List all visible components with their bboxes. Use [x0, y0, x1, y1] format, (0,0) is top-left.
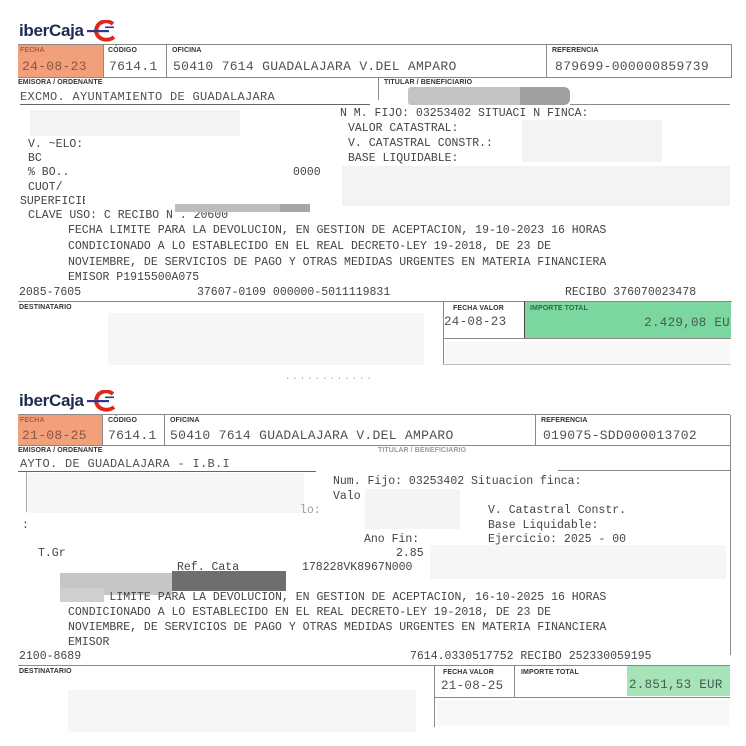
detail-right-1-2: Valo	[333, 489, 361, 504]
detail-right2-1: Base Liquidable:	[488, 518, 598, 533]
detail-right-0: N M. FIJO: 03253402 SITUACI N FINCA:	[340, 106, 588, 121]
importe-total-value: 2.429,08 EU	[644, 316, 730, 330]
detail-left-2-2: Ano Fin:	[364, 532, 419, 547]
destinatario-label: DESTINATARIO	[19, 304, 72, 311]
fecha-valor-value-2: 21-08-25	[441, 679, 503, 693]
detail-left-3: CUOT/	[28, 180, 63, 195]
footer-recibo: RECIBO 376070023478	[565, 285, 696, 300]
referencia-value-2: 019075-SDD000013702	[543, 428, 697, 443]
ano-fin-value: 2.85	[396, 546, 424, 561]
redacted-valor	[365, 489, 460, 529]
fecha-valor-value: 24-08-23	[444, 315, 506, 329]
destinatario-label-2: DESTINATARIO	[19, 668, 72, 675]
redacted-bar-dark-2	[172, 571, 286, 591]
notice-line-2-2: NOVIEMBRE, DE SERVICIOS DE PAGO Y OTRAS …	[68, 620, 606, 635]
detail-left-2: % BO..	[28, 165, 69, 180]
euro-swoosh-icon	[87, 20, 117, 42]
footer-recibo-2: 7614.0330517752 RECIBO 252330059195	[410, 649, 652, 664]
detail-left-0: V. ~ELO:	[28, 137, 83, 152]
emisora-value: EXCMO. AYUNTAMIENTO DE GUADALAJARA	[20, 90, 275, 104]
redacted-left	[85, 150, 295, 205]
detail-right2-0: V. Catastral Constr.	[488, 503, 626, 518]
codigo-value-2: 7614.1	[108, 428, 157, 443]
redacted-importe-extra-2	[437, 700, 729, 726]
titular-label: TITULAR / BENEFICIARIO	[384, 79, 472, 86]
fecha-value: 24-08-23	[22, 59, 87, 74]
importe-total-label-2: IMPORTE TOTAL	[521, 669, 579, 676]
ibercaja-logo-2: iberCaja	[19, 390, 117, 412]
fecha-label: FECHA	[20, 47, 45, 54]
euro-swoosh-icon	[87, 390, 117, 412]
codigo-label-2: CÓDIGO	[108, 417, 137, 424]
redacted-block	[30, 110, 240, 136]
codigo-value: 7614.1	[109, 59, 158, 74]
redacted-titular-dark	[520, 87, 570, 105]
oficina-label: OFICINA	[172, 47, 201, 54]
redacted-address	[342, 166, 730, 206]
detail-right-2: V. CATASTRAL CONSTR.:	[348, 136, 493, 151]
detail-right-3: BASE LIQUIDABLE:	[348, 151, 458, 166]
redacted-values	[522, 120, 662, 162]
importe-total-value-2: 2.851,53 EUR	[629, 678, 723, 692]
detail-left-1-2: :	[22, 518, 29, 533]
notice-line-1: CONDICIONADO A LO ESTABLECIDO EN EL REAL…	[68, 239, 551, 254]
brand-name: iberCaja	[19, 391, 84, 411]
importe-total-label: IMPORTE TOTAL	[530, 305, 588, 312]
codigo-label: CÓDIGO	[108, 47, 137, 54]
referencia-value: 879699-000000859739	[555, 59, 709, 74]
notice-line-0: FECHA LIMITE PARA LA DEVOLUCION, EN GEST…	[68, 223, 606, 238]
detail-left-1: BC	[28, 151, 42, 166]
redacted-titular	[408, 87, 528, 105]
faint-bleed: ············	[285, 372, 374, 387]
detail-left-3-2: T.Gr	[38, 546, 66, 561]
redacted-bar	[175, 204, 285, 212]
titular-label-2: TITULAR / BENEFICIARIO	[378, 447, 466, 454]
fecha-valor-label-2: FECHA VALOR	[443, 669, 494, 676]
notice-line-1-2: CONDICIONADO A LO ESTABLECIDO EN EL REAL…	[68, 605, 551, 620]
redacted-bar-dark	[280, 204, 310, 212]
detail-right-1: VALOR CATASTRAL:	[348, 121, 458, 136]
detail-right-0-2: Num. Fijo: 03253402 Situacion finca:	[333, 474, 581, 489]
oficina-value: 50410 7614 GUADALAJARA V.DEL AMPARO	[173, 59, 457, 74]
footer-account: 37607-0109 000000-5011119831	[197, 285, 390, 300]
notice-line-3: EMISOR P1915500A075	[68, 270, 199, 285]
fecha-label-2: FECHA	[20, 417, 45, 424]
notice-line-2: NOVIEMBRE, DE SERVICIOS DE PAGO Y OTRAS …	[68, 255, 606, 270]
referencia-label: REFERENCIA	[552, 47, 599, 54]
footer-entity-2: 2100-8689	[19, 649, 81, 664]
redacted-destinatario-2	[68, 690, 416, 732]
oficina-value-2: 50410 7614 GUADALAJARA V.DEL AMPARO	[170, 428, 454, 443]
redacted-importe-extra	[446, 342, 730, 364]
brand-name: iberCaja	[19, 21, 84, 41]
detail-left-value: 0000	[293, 165, 321, 180]
oficina-label-2: OFICINA	[170, 417, 199, 424]
ref-catastral-value: 178228VK8967N000	[302, 560, 412, 575]
redacted-block-2	[28, 473, 304, 513]
ibercaja-logo: iberCaja	[19, 20, 117, 42]
referencia-label-2: REFERENCIA	[541, 417, 588, 424]
fecha-valor-label: FECHA VALOR	[453, 305, 504, 312]
redacted-notice-start	[60, 588, 104, 602]
emisora-value-2: AYTO. DE GUADALAJARA - I.B.I	[20, 457, 230, 471]
notice-line-0-2: FECHA LIMITE PARA LA DEVOLUCION, EN GEST…	[68, 590, 606, 605]
emisora-label-2: EMISORA / ORDENANTE	[18, 447, 102, 454]
footer-entity: 2085-7605	[19, 285, 81, 300]
redacted-right-2	[430, 545, 726, 579]
emisora-label: EMISORA / ORDENANTE	[18, 79, 102, 86]
detail-left-0-2: lo:	[300, 503, 321, 518]
fecha-value-2: 21-08-25	[22, 428, 87, 443]
notice-line-3-2: EMISOR	[68, 635, 109, 650]
redacted-destinatario	[108, 313, 424, 365]
